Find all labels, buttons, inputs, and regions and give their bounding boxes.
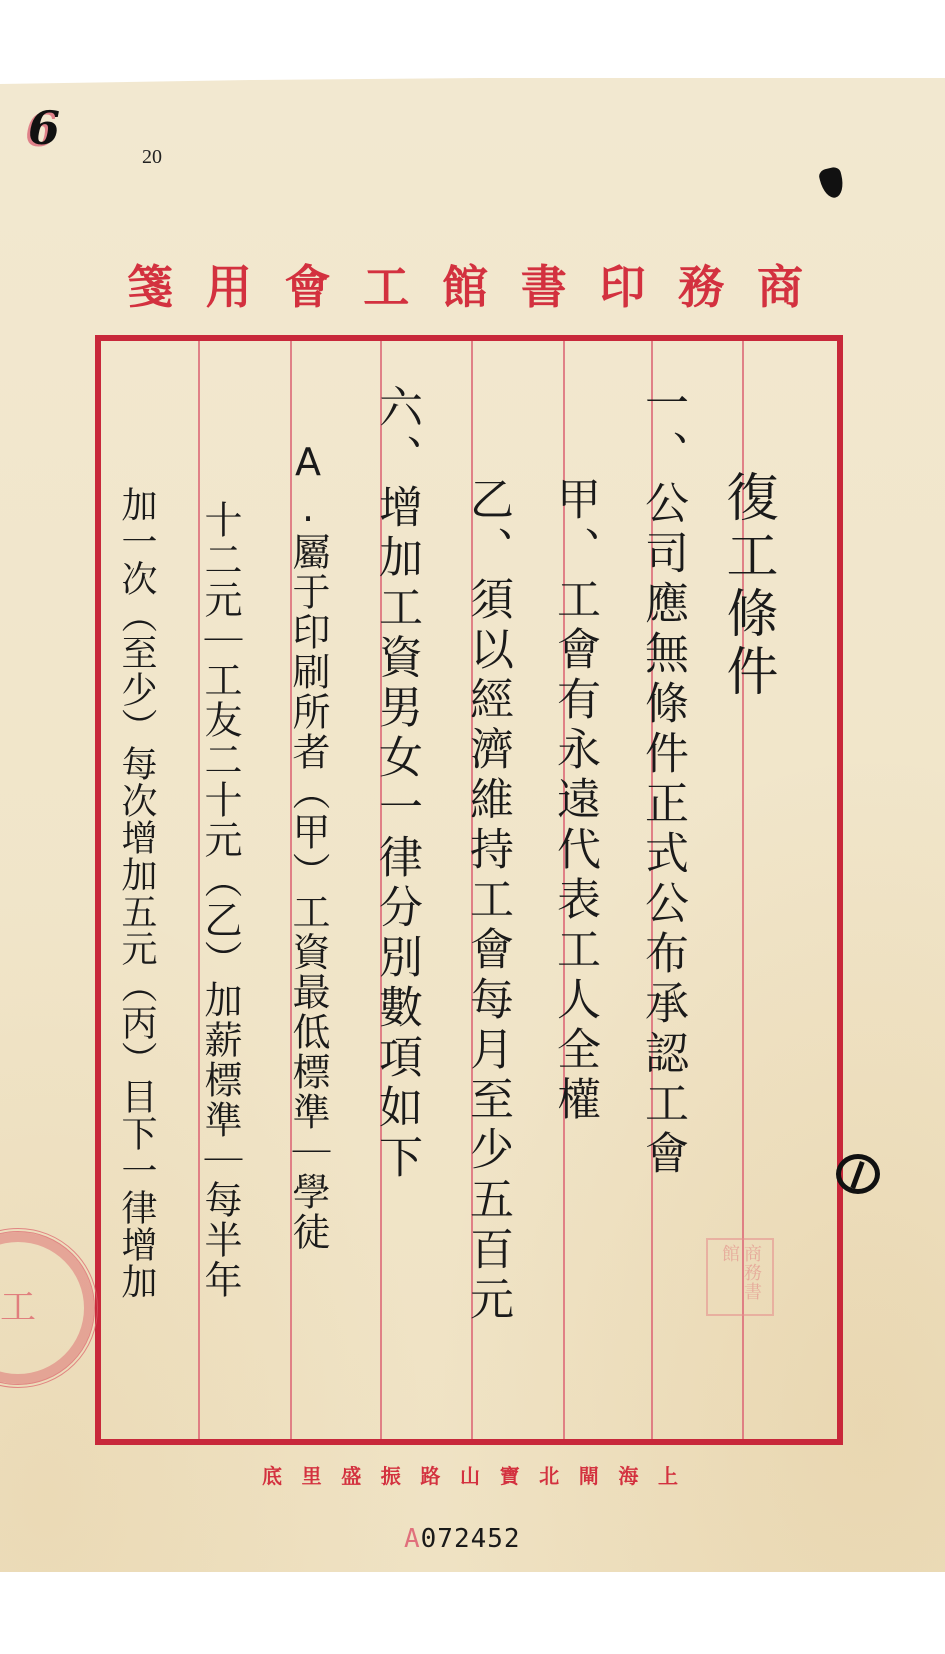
address-char: 盛 bbox=[341, 1460, 361, 1490]
manuscript-column-6: 十二元｜工友二十元（乙）加薪標準｜每半年 bbox=[180, 500, 260, 1300]
letterhead-char: 工 bbox=[356, 251, 416, 317]
address-char: 里 bbox=[302, 1460, 322, 1490]
address-char: 閘 bbox=[579, 1460, 599, 1490]
square-seal-stamp: 商務書館 bbox=[706, 1238, 774, 1316]
page-number-mark: 6 bbox=[28, 104, 66, 152]
address-char: 山 bbox=[460, 1460, 480, 1490]
address-char: 北 bbox=[539, 1460, 559, 1490]
manuscript-column-4: 六、增加工資男女一律分別數項如下 bbox=[356, 384, 436, 1184]
circled-one-mark bbox=[836, 1154, 880, 1194]
address-char: 路 bbox=[420, 1460, 440, 1490]
address-char: 底 bbox=[262, 1460, 282, 1490]
manuscript-column-2: 甲、工會有永遠代表工人全權 bbox=[534, 476, 614, 1126]
letterhead-char: 箋 bbox=[120, 251, 180, 317]
serial-number: A072452 bbox=[404, 1524, 521, 1554]
letterhead-char: 書 bbox=[514, 251, 574, 317]
letterhead-char: 務 bbox=[671, 251, 731, 317]
serial-prefix: A bbox=[404, 1524, 421, 1554]
letterhead-char: 商 bbox=[750, 251, 810, 317]
manuscript-column-5: A.屬于印刷所者（甲）工資最低標準｜學徒 bbox=[268, 440, 348, 1252]
letterhead-char: 印 bbox=[593, 251, 653, 317]
manuscript-column-3: 乙、須以經濟維持工會每月至少五百元 bbox=[447, 476, 527, 1326]
address-char: 上 bbox=[658, 1460, 678, 1490]
letterhead-char: 館 bbox=[435, 251, 495, 317]
letterhead-char: 用 bbox=[199, 251, 259, 317]
manuscript-column-1: 一、公司應無條件正式公布承認工會 bbox=[622, 380, 702, 1180]
address-char: 振 bbox=[381, 1460, 401, 1490]
serial-digits: 072452 bbox=[421, 1524, 521, 1554]
letterhead-char: 會 bbox=[278, 251, 338, 317]
address-char: 海 bbox=[618, 1460, 638, 1490]
footer-address: 底 里 盛 振 路 山 寶 北 閘 海 上 bbox=[262, 1460, 678, 1490]
form-number: 20 bbox=[142, 146, 162, 169]
manuscript-column-7: 加一次（至少）每次增加五元（丙）目下一律增加 bbox=[96, 486, 176, 1300]
manuscript-title: 復工條件 bbox=[712, 470, 792, 702]
letterhead-title: 箋 用 會 工 館 書 印 務 商 bbox=[120, 252, 810, 316]
address-char: 寶 bbox=[500, 1460, 520, 1490]
